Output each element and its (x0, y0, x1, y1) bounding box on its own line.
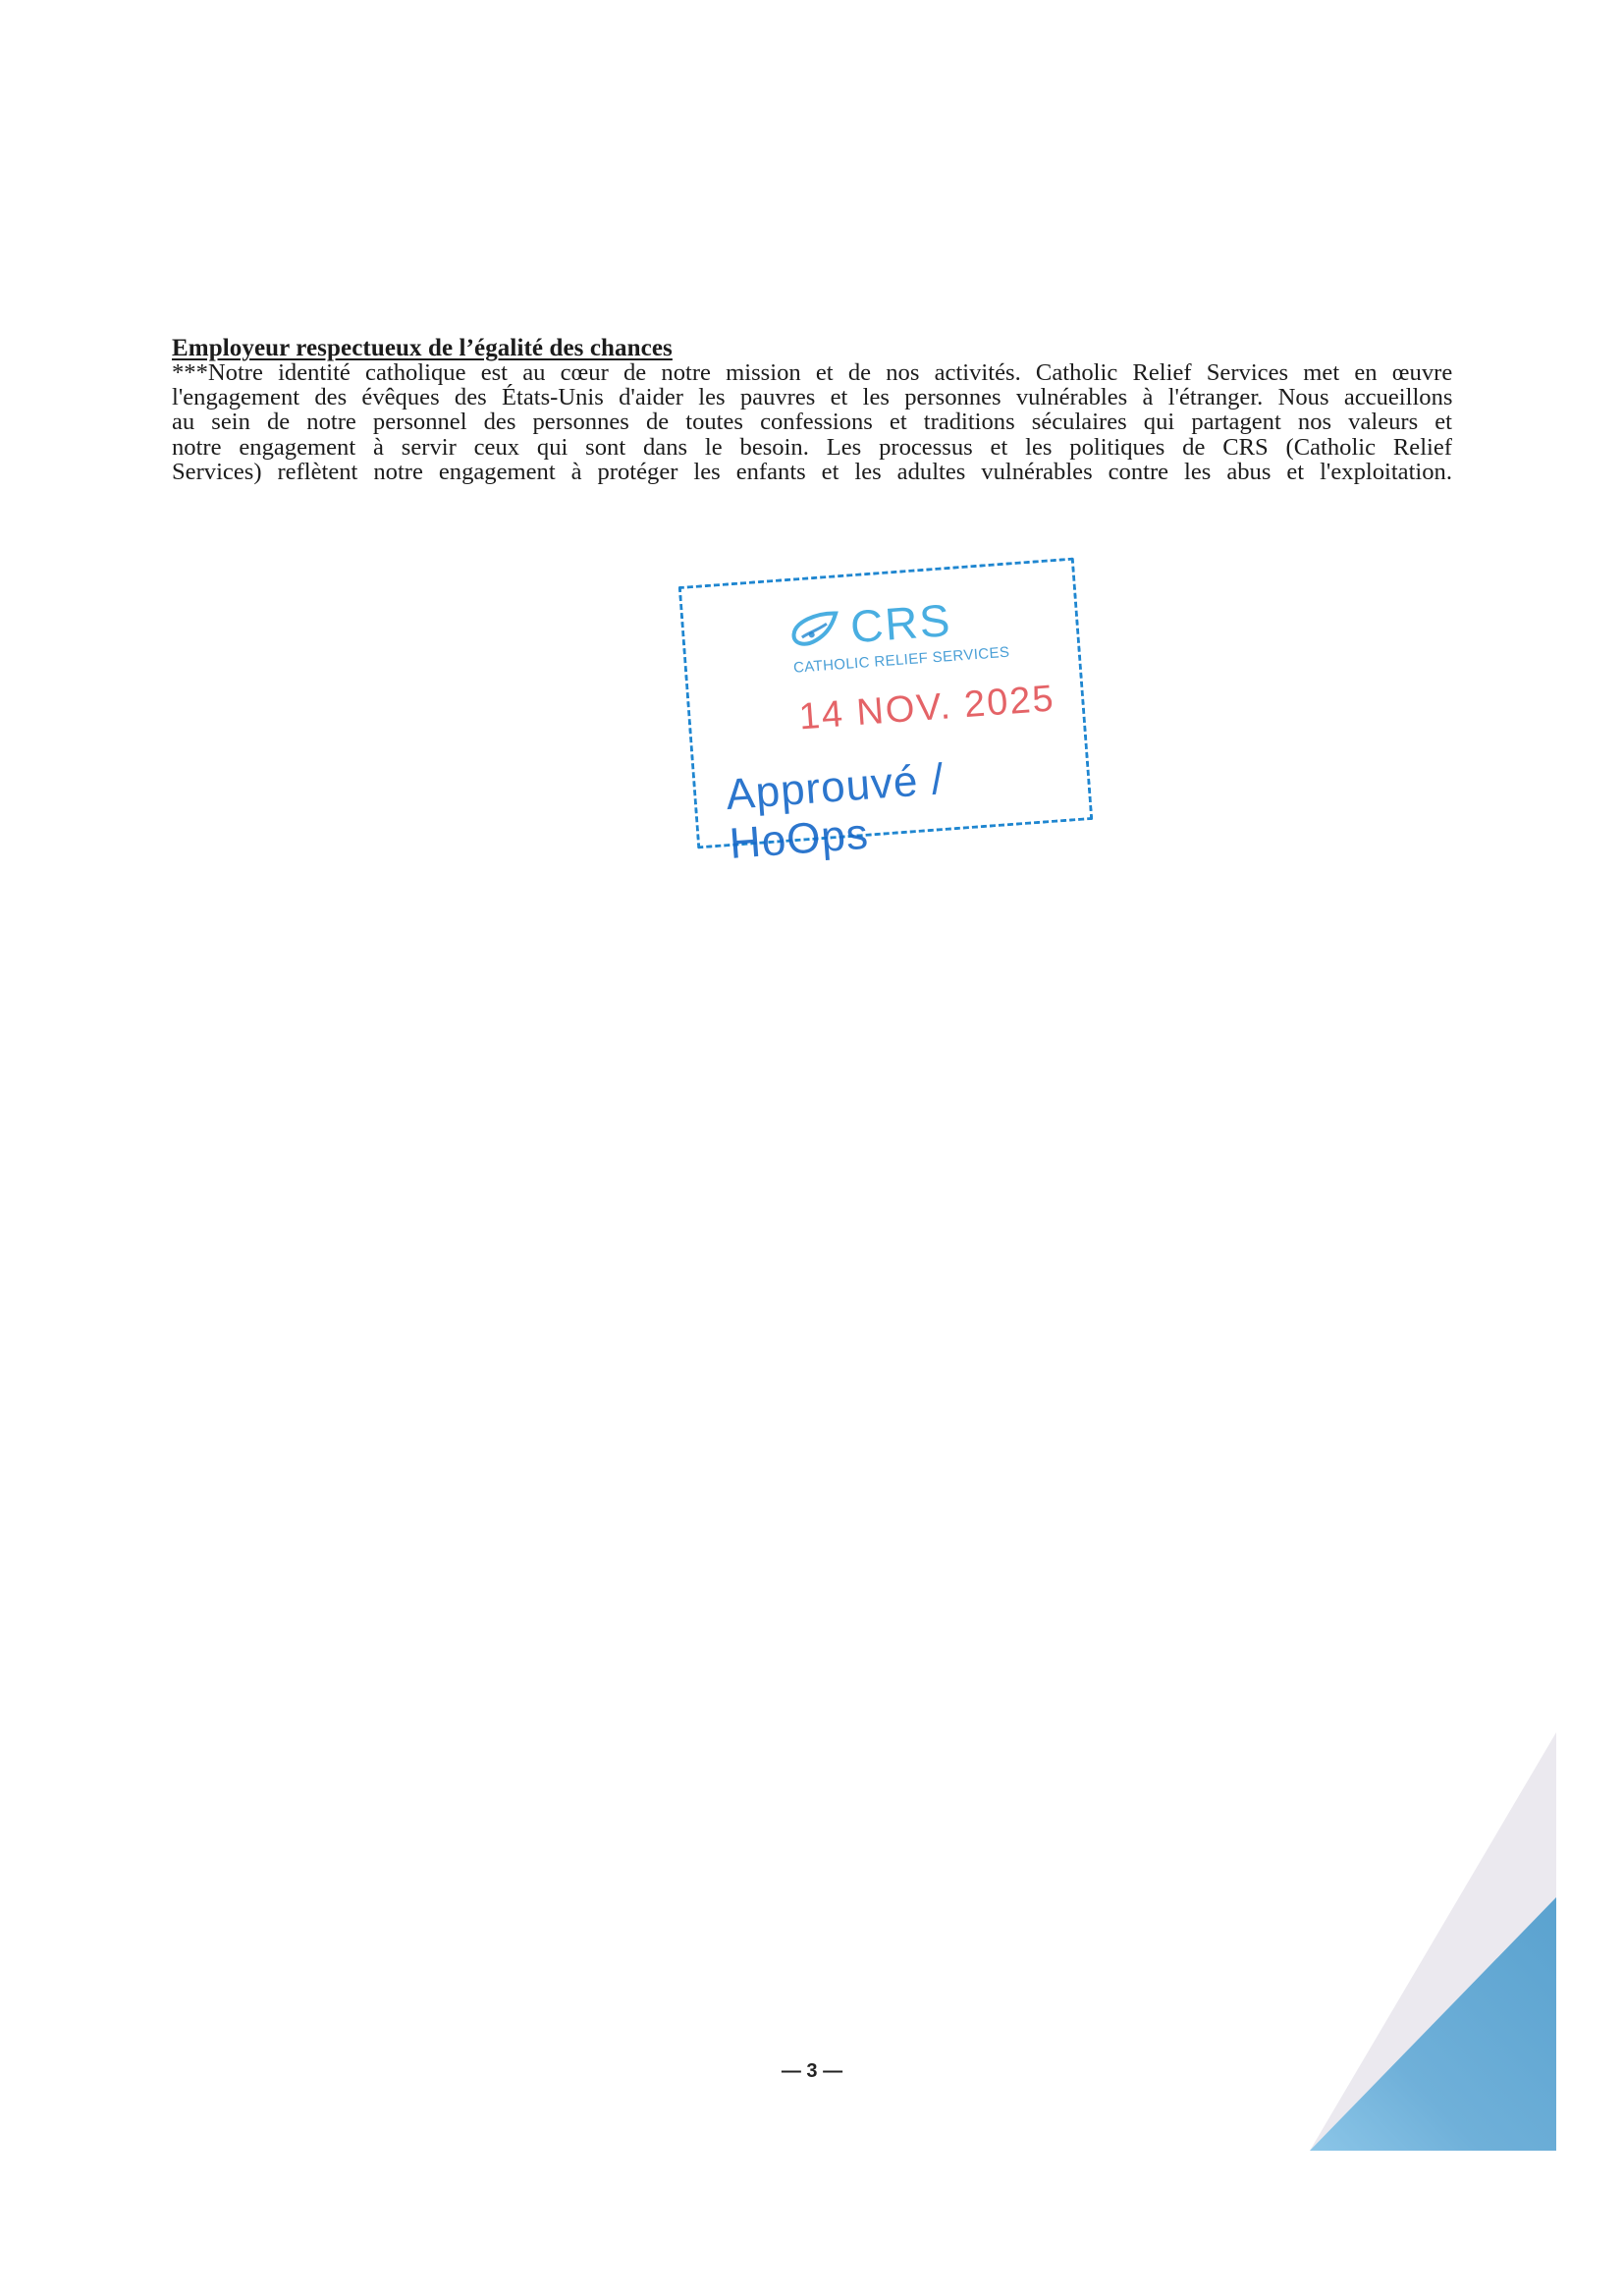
section-paragraph: ***Notre identité catholique est au cœur… (172, 360, 1452, 484)
section-heading: Employeur respectueux de l’égalité des c… (172, 336, 1452, 360)
paragraph-line: notre engagement à servir ceux qui sont … (172, 435, 1452, 460)
crs-logo-icon (786, 609, 846, 650)
paragraph-line: Services) reflètent notre engagement à p… (172, 460, 1452, 484)
blue-triangle-decoration (1306, 1728, 1581, 2160)
paragraph-line: ***Notre identité catholique est au cœur… (172, 360, 1452, 385)
stamp-approval-text: Approuvé / HoOps (725, 744, 1092, 869)
approval-stamp: CRS CATHOLIC RELIEF SERVICES 14 NOV. 202… (678, 558, 1094, 849)
paragraph-line: l'engagement des évêques des États-Unis … (172, 385, 1452, 410)
stamp-logo-text: CRS (849, 597, 953, 649)
stamp-date: 14 NOV. 2025 (797, 678, 1056, 738)
stamp-logo: CRS (786, 597, 953, 654)
equal-opportunity-section: Employeur respectueux de l’égalité des c… (172, 336, 1452, 484)
paragraph-line: au sein de notre personnel des personnes… (172, 410, 1452, 434)
